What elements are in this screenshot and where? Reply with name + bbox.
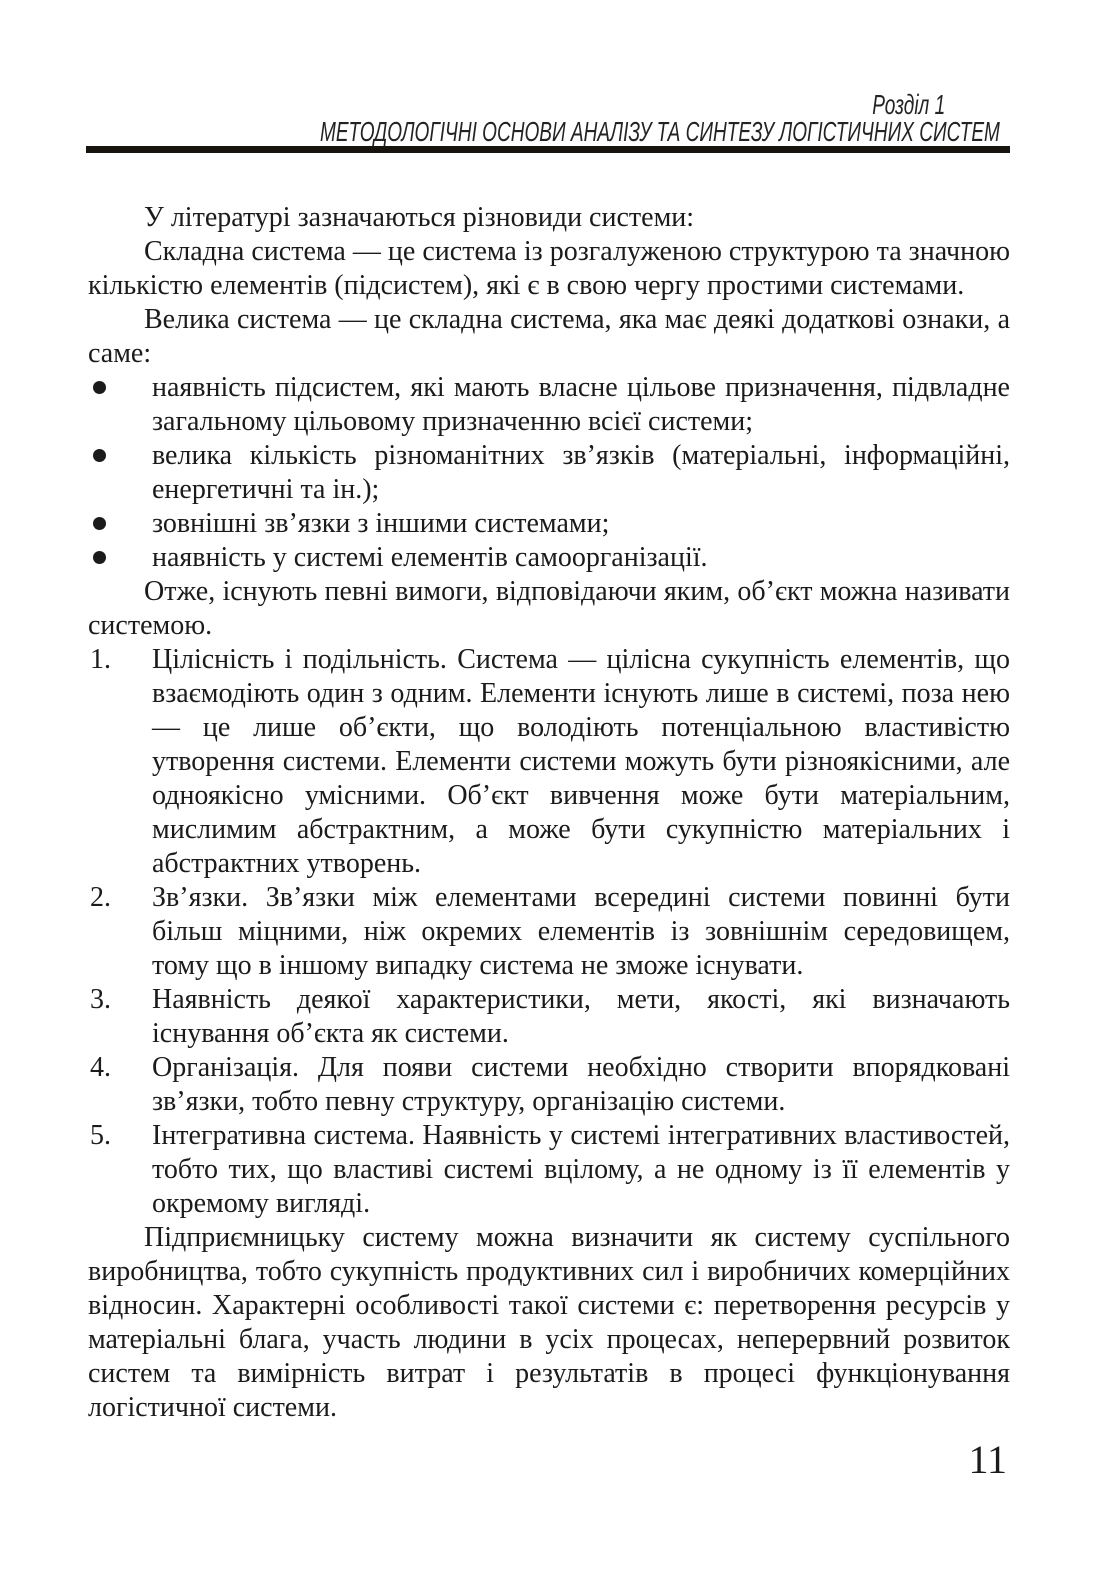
paragraph-large-system: Велика система — це складна система, яка… <box>88 303 1010 371</box>
bullet-item: наявність у системі елементів самооргані… <box>88 541 1010 575</box>
bullet-icon <box>93 381 106 394</box>
page-header: Розділ 1 МЕТОДОЛОГІЧНІ ОСНОВИ АНАЛІЗУ ТА… <box>0 92 945 146</box>
numbered-item-marker: 2. <box>90 881 150 915</box>
paragraph-entrepreneurial-system: Підприємницьку систему можна визначити я… <box>88 1221 1010 1425</box>
numbered-item-text: Цілісність і подільність. Система — цілі… <box>152 644 1010 879</box>
numbered-item-text: Наявність деякої характеристики, мети, я… <box>152 984 1010 1049</box>
paragraph-complex-system: Складна система — це система із розгалуж… <box>88 235 1010 303</box>
page-body: У літературі зазначаються різновиди сист… <box>88 201 1010 1425</box>
bullet-icon <box>93 551 106 564</box>
numbered-item: 1. Цілісність і подільність. Система — ц… <box>88 643 1010 881</box>
paragraph-intro: У літературі зазначаються різновиди сист… <box>88 201 1010 235</box>
numbered-item-marker: 3. <box>90 983 150 1017</box>
bullet-item: зовнішні зв’язки з іншими системами; <box>88 507 1010 541</box>
bullet-icon <box>93 449 106 462</box>
running-title: МЕТОДОЛОГІЧНІ ОСНОВИ АНАЛІЗУ ТА СИНТЕЗУ … <box>320 118 1000 146</box>
page-number: 11 <box>968 1438 1007 1482</box>
bullet-item-text: наявність у системі елементів самооргані… <box>152 542 708 573</box>
bullet-item-text: зовнішні зв’язки з іншими системами; <box>152 508 609 539</box>
numbered-item-marker: 5. <box>90 1119 150 1153</box>
numbered-item: 3. Наявність деякої характеристики, мети… <box>88 983 1010 1051</box>
header-rule <box>86 146 1010 153</box>
numbered-item: 5. Інтегративна система. Наявність у сис… <box>88 1119 1010 1221</box>
bullet-item: велика кількість різноманітних зв’язків … <box>88 439 1010 507</box>
numbered-item-text: Зв’язки. Зв’язки між елементами всередин… <box>152 882 1010 981</box>
bullet-item-text: велика кількість різноманітних зв’язків … <box>152 440 1010 505</box>
numbered-item: 4. Організація. Для появи системи необхі… <box>88 1051 1010 1119</box>
paragraph-requirements: Отже, існують певні вимоги, відповідаючи… <box>88 575 1010 643</box>
bullet-item-text: наявність підсистем, які мають власне ці… <box>152 372 1010 437</box>
numbered-item-marker: 1. <box>90 643 150 677</box>
bullet-item: наявність підсистем, які мають власне ці… <box>88 371 1010 439</box>
numbered-item: 2. Зв’язки. Зв’язки між елементами всере… <box>88 881 1010 983</box>
numbered-item-marker: 4. <box>90 1051 150 1085</box>
book-page: Розділ 1 МЕТОДОЛОГІЧНІ ОСНОВИ АНАЛІЗУ ТА… <box>0 0 1105 1575</box>
bullet-icon <box>93 517 106 530</box>
numbered-item-text: Інтегративна система. Наявність у систем… <box>152 1120 1010 1219</box>
numbered-item-text: Організація. Для появи системи необхідно… <box>152 1052 1010 1117</box>
chapter-label: Розділ 1 <box>872 92 945 118</box>
